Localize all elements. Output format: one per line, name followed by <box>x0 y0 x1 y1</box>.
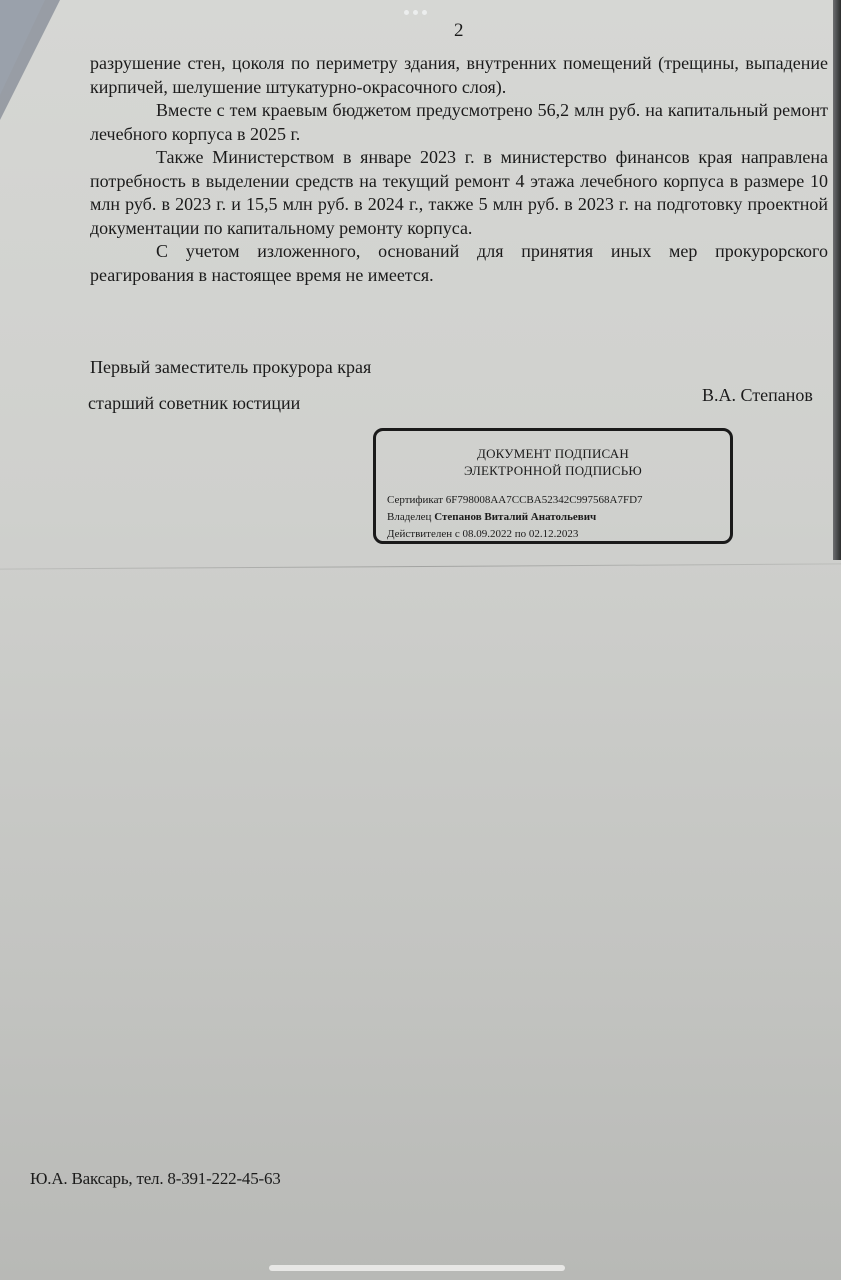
stamp-heading-line1: ДОКУМЕНТ ПОДПИСАН <box>376 445 730 462</box>
owner-value: Степанов Виталий Анатольевич <box>434 511 596 523</box>
paragraph-budget: Вместе с тем краевым бюджетом предусмотр… <box>90 99 828 146</box>
signatory-name: В.А. Степанов <box>702 385 813 406</box>
page-number: 2 <box>454 20 464 42</box>
paragraph-ministry-request: Также Министерством в январе 2023 г. в м… <box>90 146 828 240</box>
stamp-validity: Действителен с 08.09.2022 по 02.12.2023 <box>387 528 578 540</box>
owner-label: Владелец <box>387 511 431 523</box>
letter-body: разрушение стен, цоколя по периметру зда… <box>90 52 828 287</box>
stamp-certificate: Сертификат 6F798008AA7CCBA52342C997568A7… <box>387 494 643 506</box>
executor-contact: Ю.А. Ваксарь, тел. 8-391-222-45-63 <box>30 1169 281 1189</box>
document-page: 2 разрушение стен, цоколя по периметру з… <box>0 0 841 1280</box>
certificate-value: 6F798008AA7CCBA52342C997568A7FD7 <box>446 494 643 506</box>
valid-from: 08.09.2022 <box>463 528 513 540</box>
valid-to-label: по <box>515 528 526 540</box>
paragraph-conclusion: С учетом изложенного, оснований для прин… <box>90 240 828 287</box>
stamp-heading: ДОКУМЕНТ ПОДПИСАН ЭЛЕКТРОННОЙ ПОДПИСЬЮ <box>376 445 730 479</box>
signatory-rank: старший советник юстиции <box>88 393 300 414</box>
paragraph-continuation: разрушение стен, цоколя по периметру зда… <box>90 52 828 99</box>
paper-fold-line <box>0 563 841 569</box>
valid-label: Действителен с <box>387 528 460 540</box>
home-indicator-bar[interactable] <box>269 1265 565 1271</box>
stamp-heading-line2: ЭЛЕКТРОННОЙ ПОДПИСЬЮ <box>376 462 730 479</box>
signatory-position: Первый заместитель прокурора края <box>90 357 371 378</box>
e-signature-stamp: ДОКУМЕНТ ПОДПИСАН ЭЛЕКТРОННОЙ ПОДПИСЬЮ С… <box>373 428 733 544</box>
stamp-owner: Владелец Степанов Виталий Анатольевич <box>387 511 596 523</box>
more-options-dots-icon[interactable] <box>404 10 427 15</box>
valid-to: 02.12.2023 <box>529 528 579 540</box>
certificate-label: Сертификат <box>387 494 443 506</box>
